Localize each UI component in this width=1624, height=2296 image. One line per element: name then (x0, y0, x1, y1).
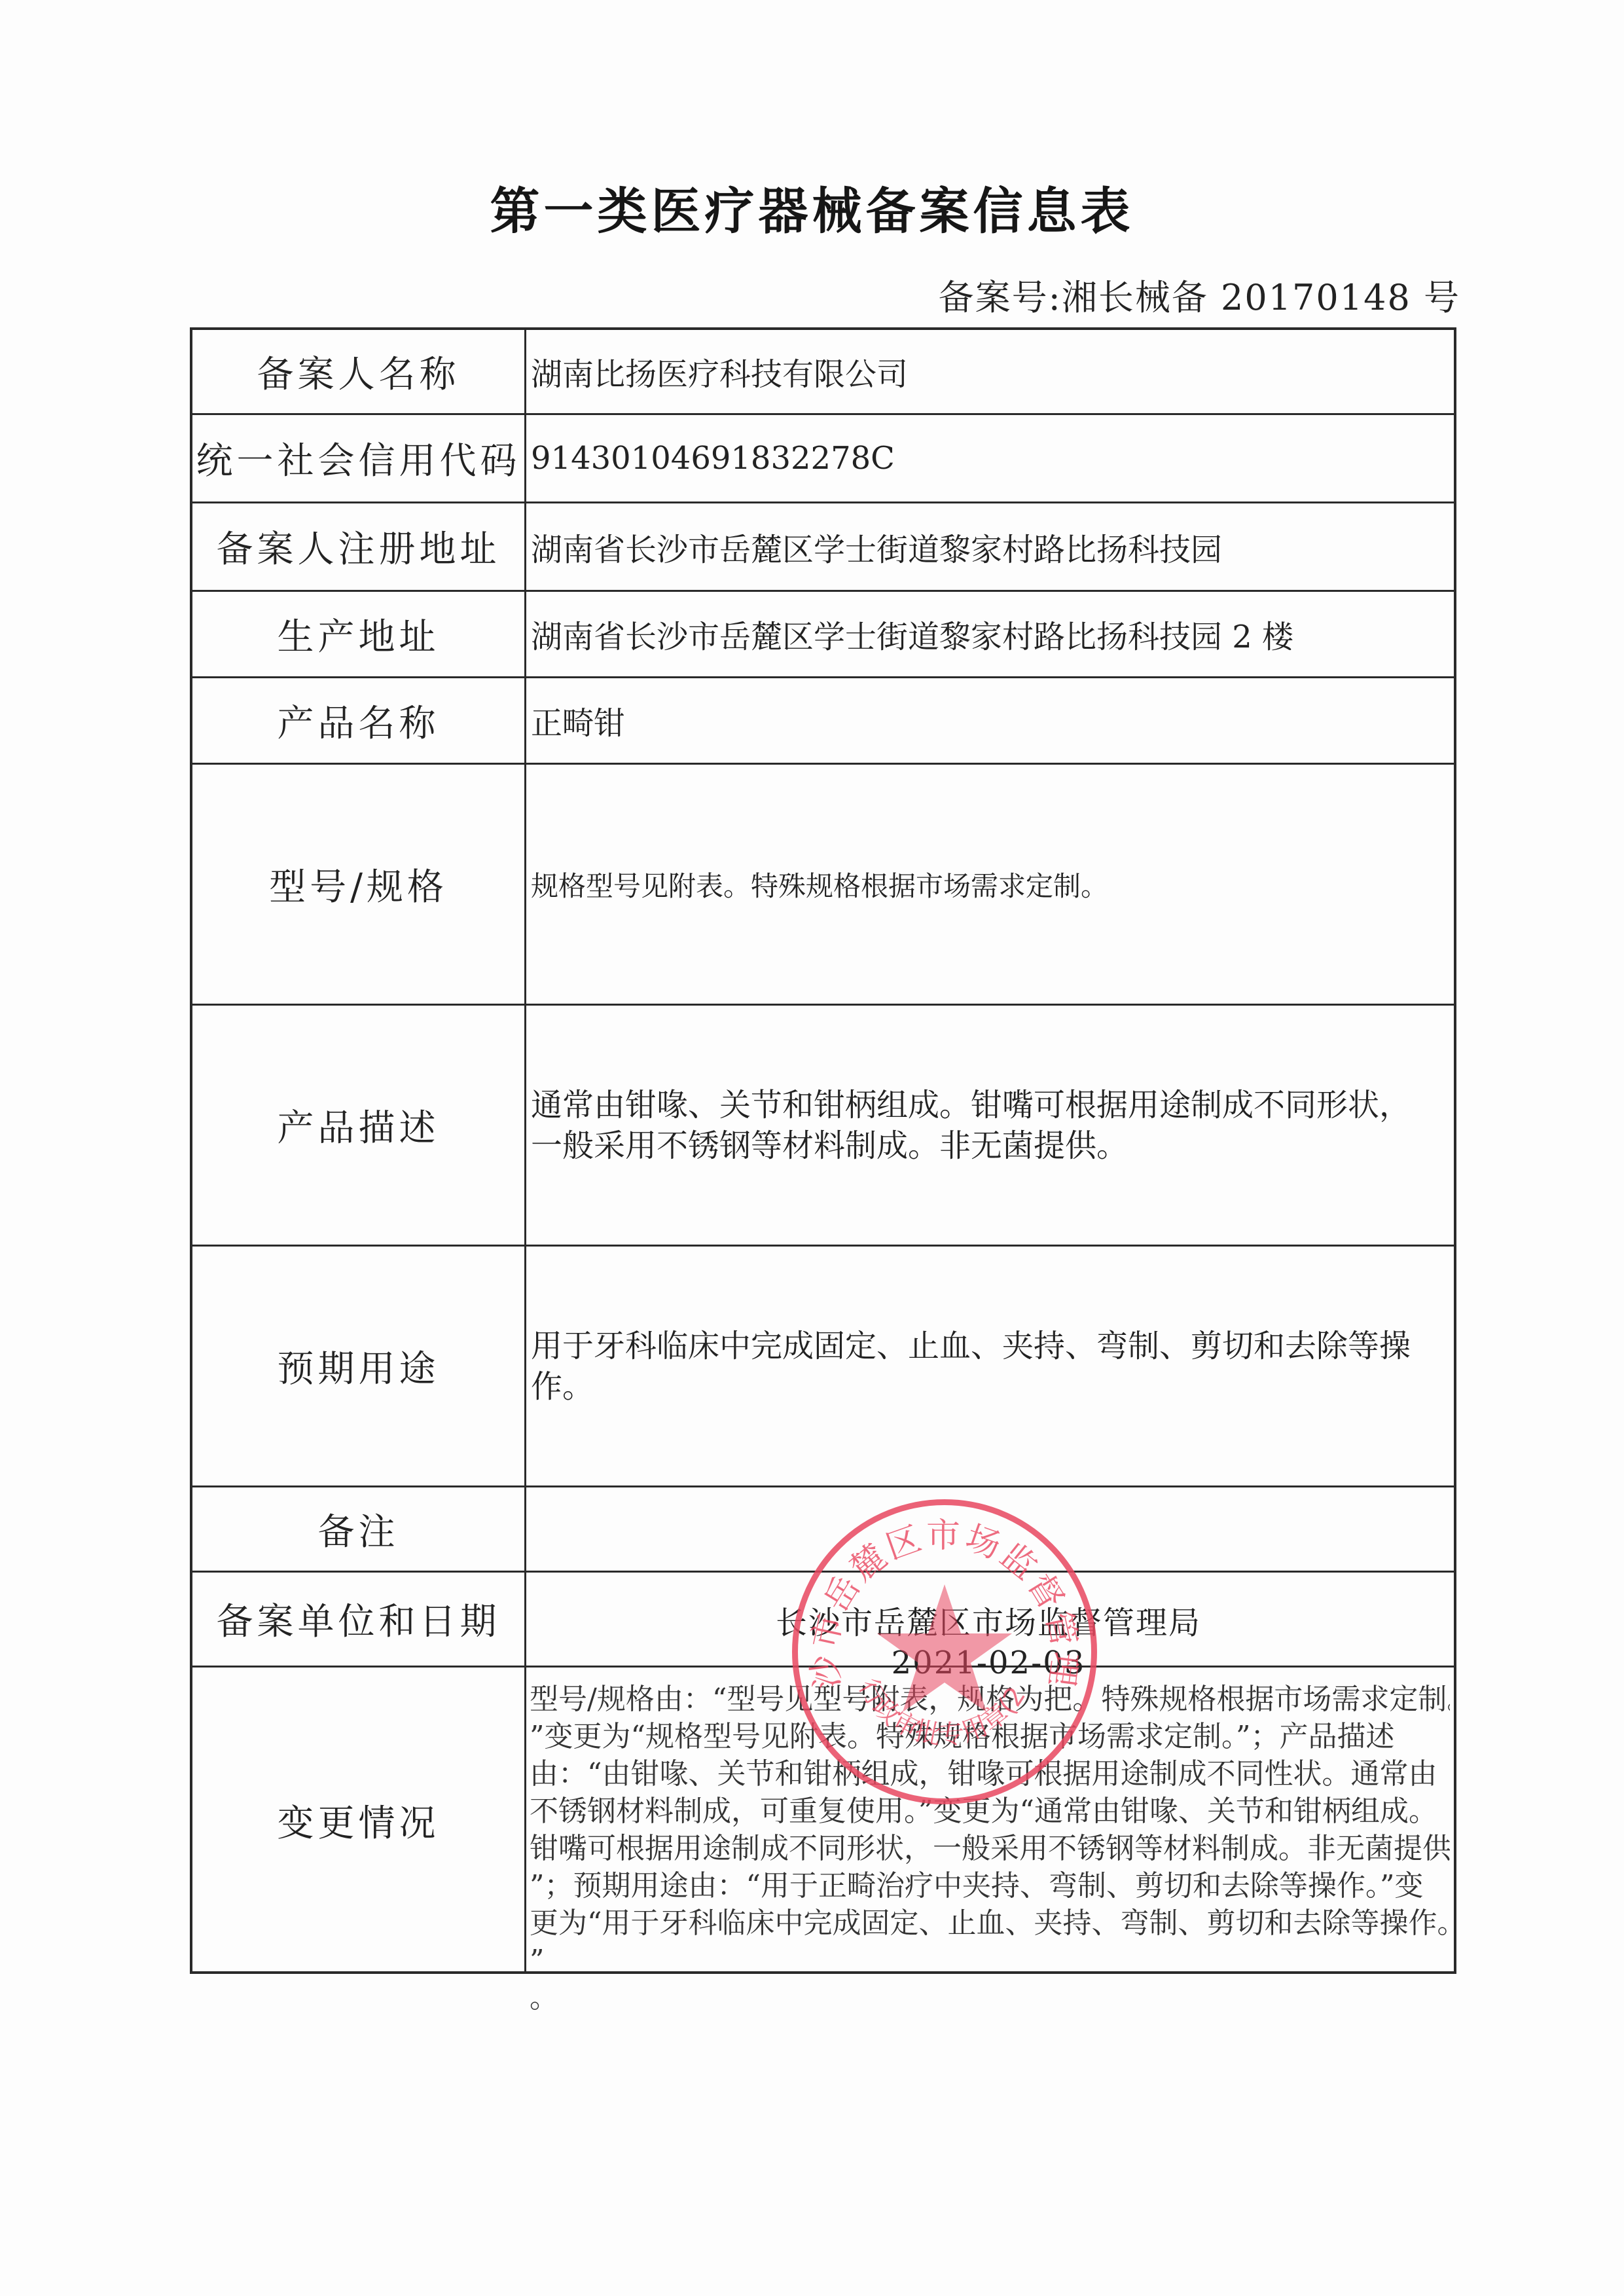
filing-number: 备案号:湘长械备 20170148 号 (939, 270, 1460, 320)
value-registered-address: 湖南省长沙市岳麓区学士街道黎家村路比扬科技园 (530, 503, 1447, 590)
row-filing-unit-date: 备案单位和日期 长沙市岳麓区市场监督管理局 2021-02-03 (192, 1573, 1454, 1667)
description-line: 一般采用不锈钢等材料制成。非无菌提供。 (531, 1125, 1411, 1166)
change-line: 不锈钢材料制成，可重复使用。”变更为“通常由钳喙、关节和钳柄组成。 (530, 1793, 1450, 1830)
description-line: 通常由钳喙、关节和钳柄组成。钳嘴可根据用途制成不同形状， (531, 1085, 1411, 1125)
label-remarks: 备注 (192, 1487, 526, 1571)
row-product-name: 产品名称 正畸钳 (192, 678, 1454, 765)
value-change-history: 型号/规格由：“型号见型号附表，规格为把。特殊规格根据市场需求定制。 ”变更为“… (530, 1681, 1450, 2016)
value-product-name: 正畸钳 (530, 678, 1447, 763)
label-registered-address: 备案人注册地址 (192, 503, 526, 590)
change-line: ”；预期用途由：“用于正畸治疗中夹持、弯制、剪切和去除等操作。”变 (530, 1867, 1450, 1904)
document-title: 第一类医疗器械备案信息表 (0, 172, 1624, 243)
value-production-address: 湖南省长沙市岳麓区学士街道黎家村路比扬科技园 2 楼 (530, 592, 1447, 676)
label-change-history: 变更情况 (192, 1667, 526, 1974)
change-line: 钳嘴可根据用途制成不同形状，一般采用不锈钢等材料制成。非无菌提供。 (530, 1830, 1450, 1867)
value-model-spec: 规格型号见附表。特殊规格根据市场需求定制。 (530, 765, 1447, 1004)
filing-unit: 长沙市岳麓区市场监督管理局 (530, 1597, 1447, 1643)
value-remarks (530, 1487, 1447, 1571)
change-line: 由：“由钳喙、关节和钳柄组成，钳喙可根据用途制成不同性状。通常由 (530, 1755, 1450, 1793)
change-line: 。 (530, 1979, 1450, 2016)
label-credit-code: 统一社会信用代码 (192, 415, 526, 501)
change-line: 型号/规格由：“型号见型号附表，规格为把。特殊规格根据市场需求定制。 (530, 1681, 1450, 1718)
label-model-spec: 型号/规格 (192, 765, 526, 1004)
label-product-name: 产品名称 (192, 678, 526, 763)
row-registered-address: 备案人注册地址 湖南省长沙市岳麓区学士街道黎家村路比扬科技园 (192, 503, 1454, 592)
row-model-spec: 型号/规格 规格型号见附表。特殊规格根据市场需求定制。 (192, 765, 1454, 1006)
change-line: 更为“用于牙科临床中完成固定、止血、夹持、弯制、剪切和去除等操作。 (530, 1904, 1450, 1942)
change-line: ”变更为“规格型号见附表。特殊规格根据市场需求定制。”；产品描述 (530, 1718, 1450, 1755)
label-product-description: 产品描述 (192, 1006, 526, 1245)
intended-use-line: 用于牙科临床中完成固定、止血、夹持、弯制、剪切和去除等操 (531, 1326, 1411, 1366)
label-intended-use: 预期用途 (192, 1247, 526, 1485)
row-product-description: 产品描述 通常由钳喙、关节和钳柄组成。钳嘴可根据用途制成不同形状， 一般采用不锈… (192, 1006, 1454, 1247)
label-filer-name: 备案人名称 (192, 330, 526, 413)
value-filing-unit-date: 长沙市岳麓区市场监督管理局 2021-02-03 (530, 1573, 1447, 1666)
change-line: ” (530, 1942, 1450, 1979)
row-credit-code: 统一社会信用代码 91430104691832278C (192, 415, 1454, 503)
value-credit-code: 91430104691832278C (530, 415, 1447, 501)
value-filer-name: 湖南比扬医疗科技有限公司 (530, 330, 1447, 413)
value-intended-use: 用于牙科临床中完成固定、止血、夹持、弯制、剪切和去除等操 作。 (530, 1247, 1447, 1485)
row-change-history: 变更情况 型号/规格由：“型号见型号附表，规格为把。特殊规格根据市场需求定制。 … (192, 1667, 1454, 1974)
row-production-address: 生产地址 湖南省长沙市岳麓区学士街道黎家村路比扬科技园 2 楼 (192, 592, 1454, 678)
label-production-address: 生产地址 (192, 592, 526, 676)
row-remarks: 备注 (192, 1487, 1454, 1573)
row-intended-use: 预期用途 用于牙科临床中完成固定、止血、夹持、弯制、剪切和去除等操 作。 (192, 1247, 1454, 1487)
intended-use-line: 作。 (531, 1366, 1411, 1407)
label-filing-unit-date: 备案单位和日期 (192, 1573, 526, 1666)
filing-info-table: 备案人名称 湖南比扬医疗科技有限公司 统一社会信用代码 914301046918… (190, 327, 1456, 1974)
value-product-description: 通常由钳喙、关节和钳柄组成。钳嘴可根据用途制成不同形状， 一般采用不锈钢等材料制… (530, 1006, 1447, 1245)
row-filer-name: 备案人名称 湖南比扬医疗科技有限公司 (192, 330, 1454, 415)
